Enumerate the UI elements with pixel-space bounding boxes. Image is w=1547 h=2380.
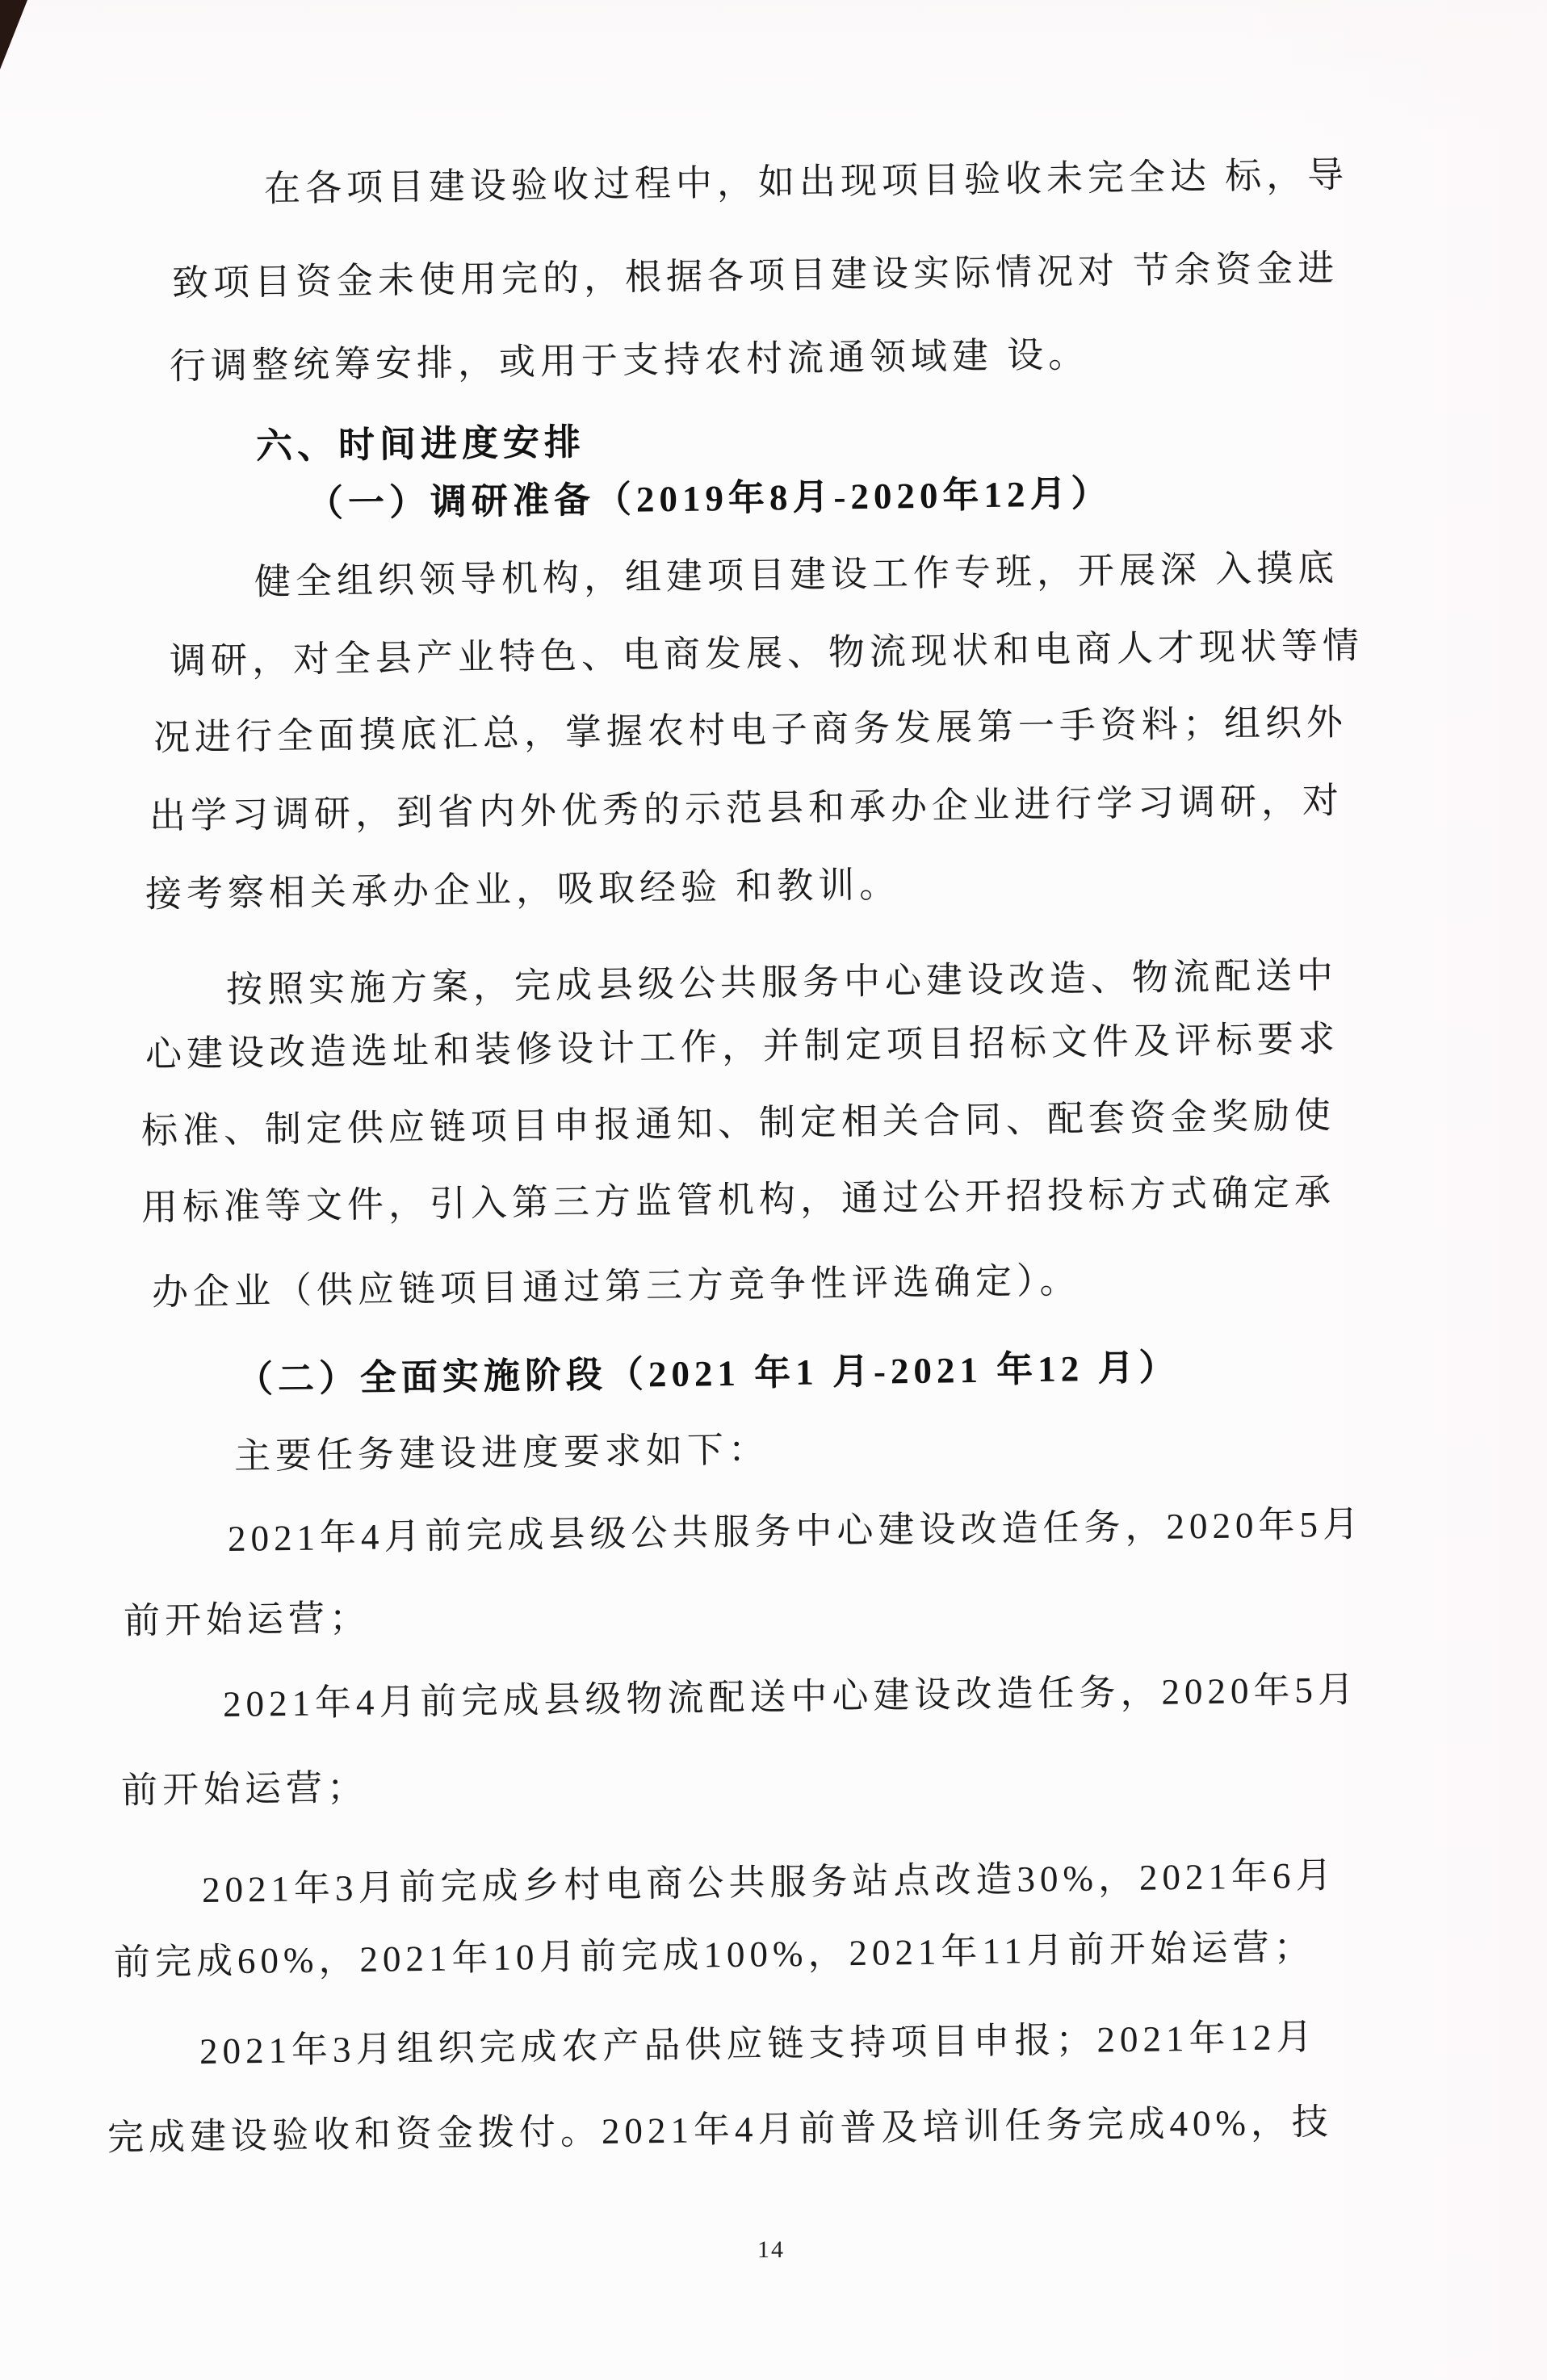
body-line: 前开始运营；	[124, 1593, 371, 1646]
body-line: 出学习调研，到省内外优秀的示范县和承办企业进行学习调研，对	[149, 776, 1344, 841]
page-number: 14	[727, 2236, 815, 2264]
body-line: 2021年4月前完成县级公共服务中心建设改造任务，2020年5月	[228, 1499, 1365, 1564]
body-line: 调研，对全县产业特色、电商发展、物流现状和电商人才现状等情	[170, 621, 1365, 686]
subsection-heading-one: （一）调研准备（2019年8月-2020年12月）	[307, 468, 1113, 529]
body-line: 2021年3月前完成乡村电商公共服务站点改造30%，2021年6月	[202, 1850, 1337, 1915]
body-line: 办企业（供应链项目通过第三方竞争性评选确定）。	[152, 1255, 1081, 1318]
body-line: 前完成60%，2021年10月前完成100%，2021年11月前开始运营；	[114, 1922, 1315, 1988]
body-line: 健全组织领导机构，组建项目建设工作专班，开展深 入摸底	[254, 543, 1339, 607]
body-line: 按照实施方案，完成县级公共服务中心建设改造、物流配送中	[226, 950, 1339, 1015]
section-heading-six: 六、时间进度安排	[256, 417, 586, 471]
subsection-heading-two: （二）全面实施阶段（2021 年1 月-2021 年12 月）	[237, 1343, 1180, 1405]
body-line: 行调整统筹安排，或用于支持农村流通领域建 设。	[170, 329, 1090, 392]
scanned-document-page: 在各项目建设验收过程中，如出现项目验收未完全达 标，导 致项目资金未使用完的，根…	[0, 0, 1547, 2380]
body-line: 主要任务建设进度要求如下：	[234, 1424, 770, 1481]
body-line: 完成建设验收和资金拨付。2021年4月前普及培训任务完成40%，技	[107, 2097, 1334, 2163]
body-line: 接考察相关承办企业，吸取经验 和教训。	[145, 860, 901, 920]
scan-corner-artifact	[0, 0, 27, 69]
body-line: 况进行全面摸底汇总，掌握农村电子商务发展第一手资料；组织外	[153, 698, 1348, 763]
body-line: 心建设改造选址和装修设计工作，并制定项目招标文件及评标要求	[145, 1014, 1340, 1079]
body-line: 前开始运营；	[121, 1762, 369, 1816]
body-line: 用标准等文件，引入第三方监管机构，通过公开招投标方式确定承	[141, 1167, 1336, 1233]
body-line: 在各项目建设验收过程中，如出现项目验收未完全达 标，导	[264, 149, 1349, 214]
body-line: 标准、制定供应链项目申报通知、制定相关合同、配套资金奖励使	[141, 1091, 1336, 1156]
body-line: 2021年3月组织完成农产品供应链支持项目申报；2021年12月	[199, 2012, 1318, 2076]
body-line: 致项目资金未使用完的，根据各项目建设实际情况对 节余资金进	[172, 243, 1339, 308]
body-line: 2021年4月前完成县级物流配送中心建设改造任务，2020年5月	[223, 1665, 1360, 1729]
